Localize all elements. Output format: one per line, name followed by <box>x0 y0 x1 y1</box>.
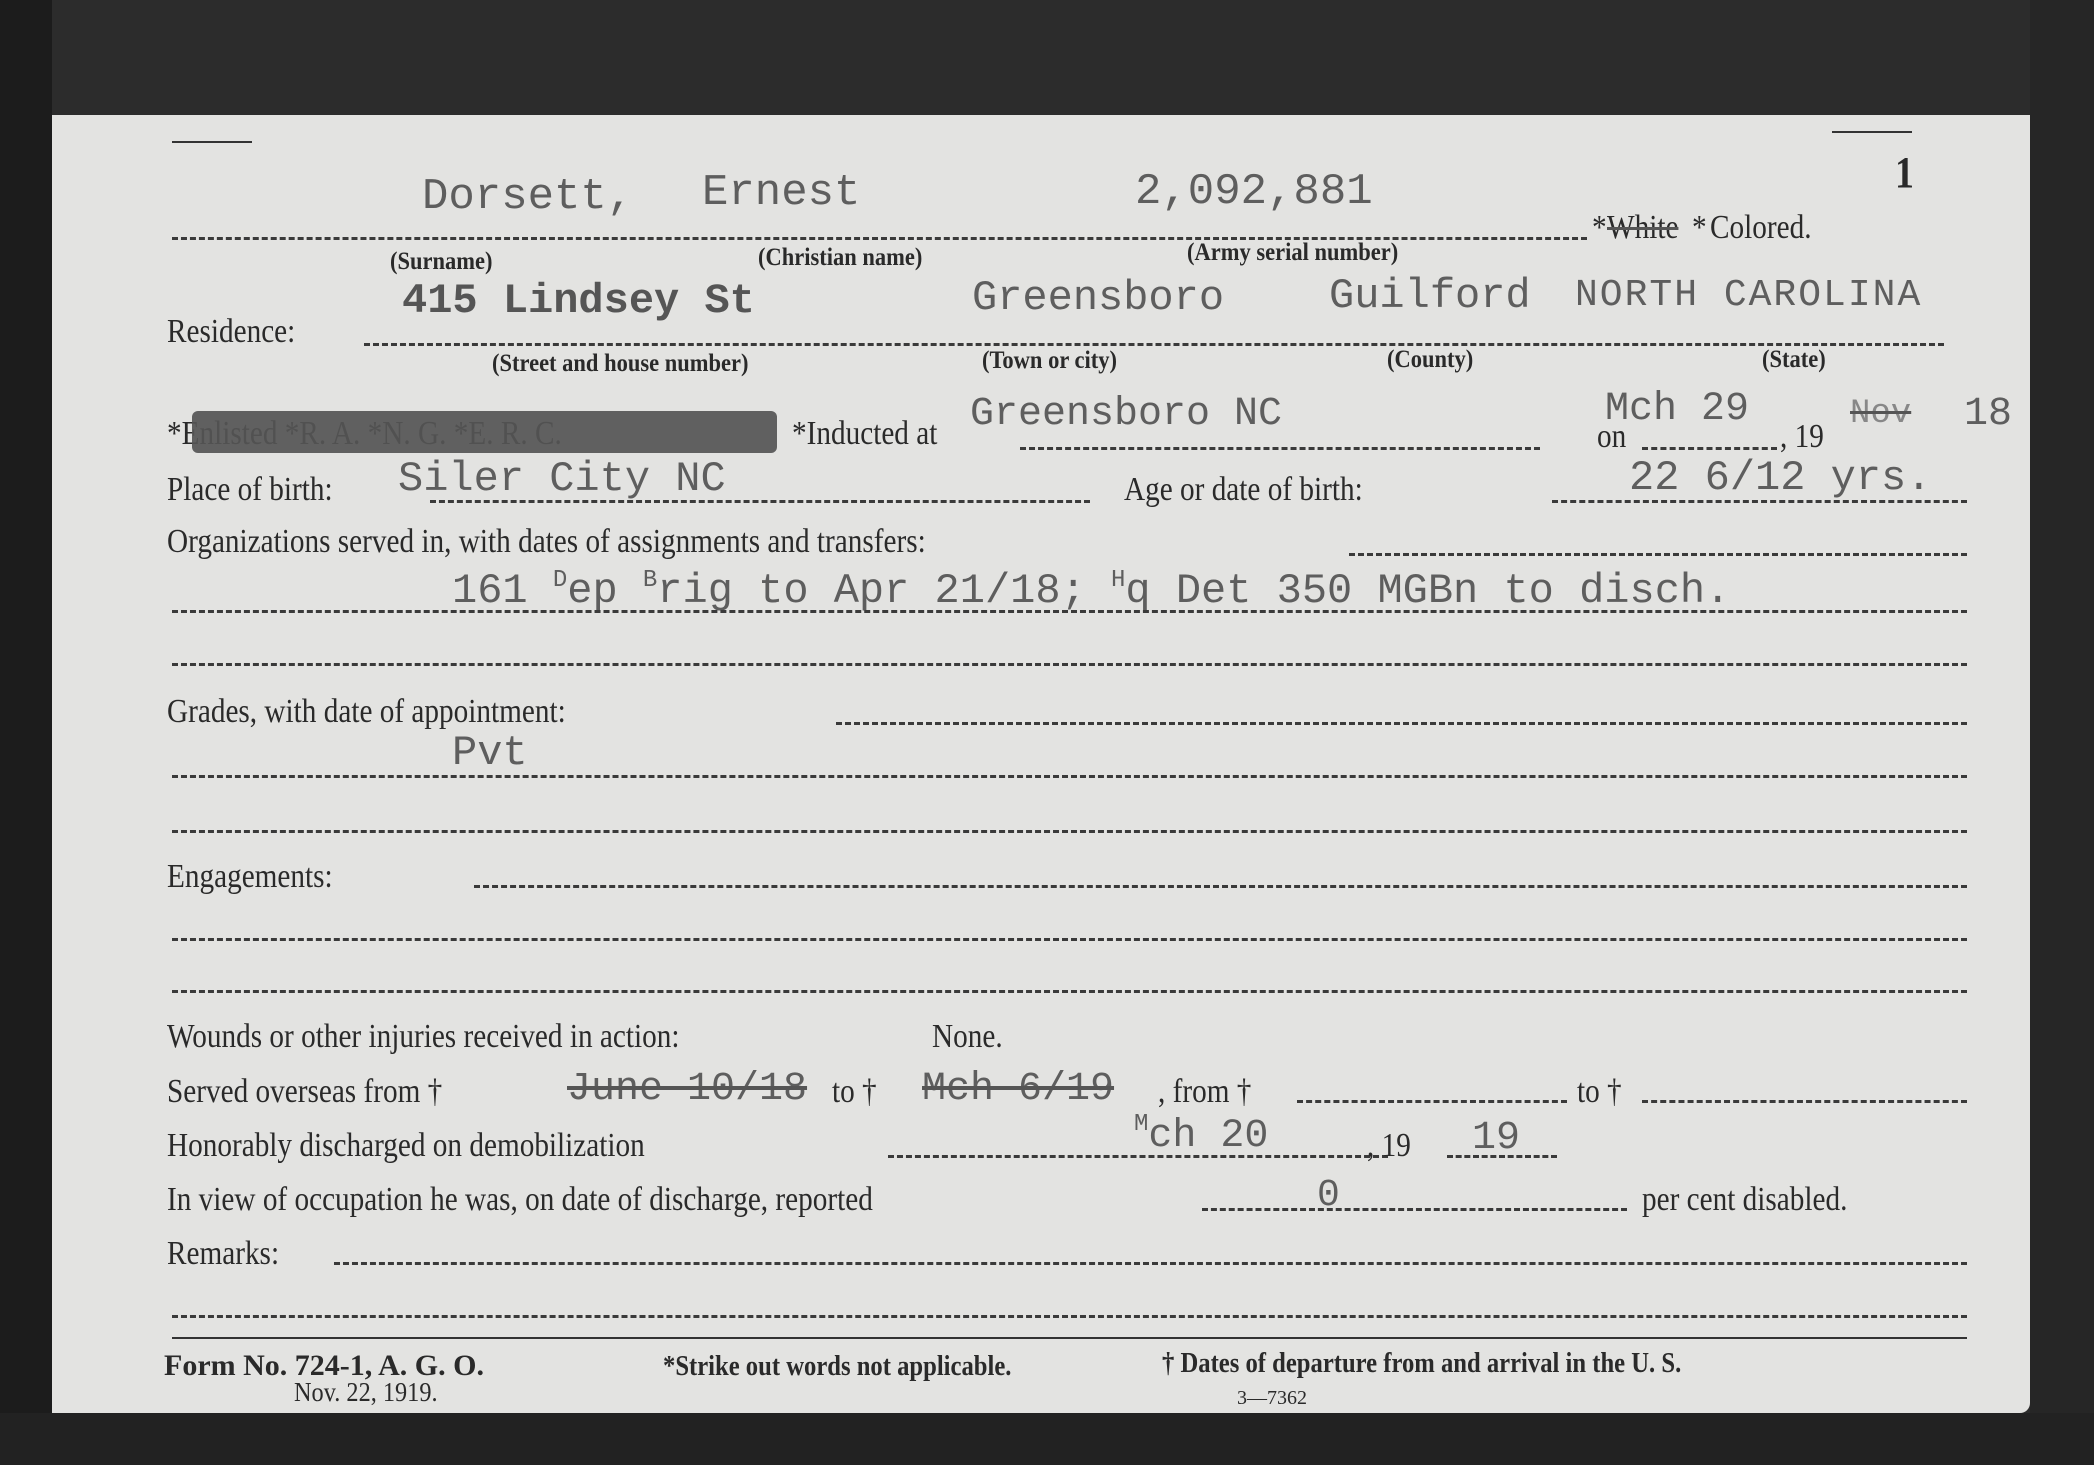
overseas-to-2-line <box>1642 1100 1967 1103</box>
print-code: 3—7362 <box>1237 1388 1307 1408</box>
residence-label: Residence: <box>167 315 295 349</box>
year-prefix: , 19 <box>1780 420 1824 454</box>
inducted-at-label: *Inducted at <box>792 417 937 451</box>
race-colored: Colored. <box>1710 211 1812 245</box>
overseas-to-1: Mch 6/19 <box>922 1070 1114 1110</box>
serial-number-value: 2,092,881 <box>1135 170 1373 214</box>
state-value: NORTH CAROLINA <box>1575 277 1922 315</box>
induction-date-line <box>1642 447 1777 450</box>
christian-name-value: Ernest <box>702 171 860 215</box>
serial-caption: (Army serial number) <box>1187 240 1398 265</box>
organizations-line-0 <box>1349 553 1967 556</box>
induction-date-value: Mch 29 <box>1605 390 1749 430</box>
induction-year-value: 18 <box>1964 395 2012 435</box>
overseas-label: Served overseas from † <box>167 1075 442 1109</box>
state-caption: (State) <box>1762 347 1826 372</box>
overseas-to-label-2: to † <box>1577 1075 1622 1109</box>
engagements-line-2 <box>172 990 1967 993</box>
redaction-mark <box>192 411 777 453</box>
service-record-card: 1 Dorsett, Ernest 2,092,881 * White * Co… <box>52 115 2030 1413</box>
wounds-label: Wounds or other injuries received in act… <box>167 1020 679 1054</box>
age-line <box>1552 500 1967 503</box>
engagements-line-0 <box>474 885 1967 888</box>
induction-place-value: Greensboro NC <box>970 395 1282 435</box>
overseas-to-label: to † <box>832 1075 877 1109</box>
remarks-label: Remarks: <box>167 1237 279 1271</box>
age-label: Age or date of birth: <box>1124 473 1363 507</box>
place-of-birth-label: Place of birth: <box>167 473 333 507</box>
top-right-rule <box>1832 131 1912 133</box>
grades-label: Grades, with date of appointment: <box>167 695 566 729</box>
grade-value: Pvt <box>452 732 528 774</box>
christian-name-caption: (Christian name) <box>758 245 922 270</box>
form-date: Nov. 22, 1919. <box>294 1379 438 1406</box>
town-caption: (Town or city) <box>982 348 1117 373</box>
overseas-from-label-2: , from † <box>1158 1075 1251 1109</box>
grades-line-2 <box>172 830 1967 833</box>
organizations-line-1 <box>172 610 1967 613</box>
age-value: 22 6/12 yrs. <box>1629 457 1931 499</box>
birthplace-line <box>430 500 1090 503</box>
org-sup-1: D <box>553 567 567 594</box>
strike-note: *Strike out words not applicable. <box>663 1353 1011 1381</box>
scan-edge-right <box>2030 0 2094 1465</box>
surname-caption: (Surname) <box>390 249 493 274</box>
discharge-date-value: Mch 20 <box>1134 1117 1268 1157</box>
residence-line <box>364 343 1944 346</box>
footer-rule <box>172 1337 1967 1339</box>
birthplace-value: Siler City NC <box>398 458 726 500</box>
race-asterisk-2: * <box>1692 211 1707 245</box>
top-left-rule <box>172 141 252 143</box>
org-part-2: ep <box>567 567 617 615</box>
surname-value: Dorsett, <box>422 175 633 219</box>
remarks-line-1 <box>172 1315 1967 1318</box>
org-part-1: 161 <box>452 567 528 615</box>
induction-year-struck: Nov <box>1850 397 1911 431</box>
race-white-struck: White <box>1607 211 1678 245</box>
discharge-date-main: ch 20 <box>1148 1114 1268 1159</box>
organizations-line-2 <box>172 663 1967 666</box>
wounds-value: None. <box>932 1020 1003 1054</box>
grades-line-0 <box>836 722 1967 725</box>
page-number: 1 <box>1895 151 1914 195</box>
discharge-label: Honorably discharged on demobilization <box>167 1129 645 1163</box>
discharge-date-sup: M <box>1134 1111 1148 1138</box>
county-value: Guilford <box>1329 275 1531 317</box>
organizations-label: Organizations served in, with dates of a… <box>167 525 926 559</box>
grades-line-1 <box>172 775 1967 778</box>
overseas-from-1: June 10/18 <box>567 1070 807 1110</box>
org-sup-2: B <box>643 567 657 594</box>
disability-line <box>1202 1208 1627 1211</box>
dates-note: † Dates of departure from and arrival in… <box>1162 1350 1681 1378</box>
county-caption: (County) <box>1387 347 1473 372</box>
engagements-label: Engagements: <box>167 860 333 894</box>
disability-suffix: per cent disabled. <box>1642 1183 1847 1217</box>
remarks-line-0 <box>334 1262 1967 1265</box>
engagements-line-1 <box>172 938 1967 941</box>
street-value: 415 Lindsey St <box>402 280 755 322</box>
disability-label: In view of occupation he was, on date of… <box>167 1183 873 1217</box>
organizations-entry: 161 Dep Brig to Apr 21/18; Hq Det 350 MG… <box>452 570 1730 612</box>
org-sup-3: H <box>1111 567 1125 594</box>
race-asterisk-1: * <box>1592 211 1607 245</box>
org-part-3: rig to Apr 21/18; <box>657 567 1085 615</box>
scan-edge-bottom <box>0 1413 2094 1465</box>
org-part-4: q Det 350 MGBn to disch. <box>1125 567 1730 615</box>
discharge-year-prefix: , 19 <box>1367 1129 1411 1163</box>
street-caption: (Street and house number) <box>492 351 748 376</box>
discharge-year-value: 19 <box>1472 1119 1520 1159</box>
scan-edge-left <box>0 0 52 1465</box>
overseas-from-2-line <box>1297 1100 1567 1103</box>
discharge-year-line <box>1447 1155 1557 1158</box>
disability-value: 0 <box>1317 1177 1340 1215</box>
town-value: Greensboro <box>972 277 1224 319</box>
induction-place-line <box>1020 447 1540 450</box>
